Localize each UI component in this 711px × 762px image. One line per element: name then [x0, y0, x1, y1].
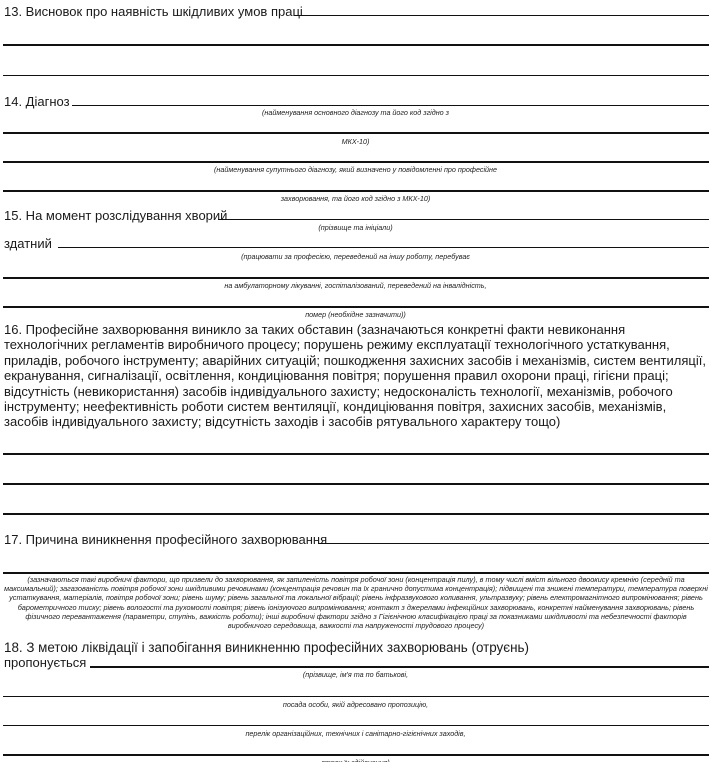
section-17-label: 17. Причина виникнення професійного захв… — [4, 532, 327, 547]
work-status-line-3[interactable] — [3, 306, 709, 308]
proposal-position-field[interactable] — [3, 696, 709, 697]
section-17-note: (зазначаються такі виробничі фактори, що… — [3, 575, 709, 630]
section-16-text: 16. Професійне захворювання виникло за т… — [4, 322, 709, 430]
proposed-label: пропонується — [4, 655, 86, 670]
diagnosis-secondary-caption: (найменування супутнього діагнозу, який … — [0, 165, 711, 174]
work-status-field[interactable] — [58, 247, 709, 248]
patient-name-caption: (прізвище та ініціали) — [0, 223, 711, 232]
proposal-deadline-caption: строк їх здійснення) — [0, 758, 711, 762]
section-13-conclusion-line-3[interactable] — [3, 75, 709, 76]
cause-field[interactable] — [318, 543, 709, 544]
proposal-person-caption: (прізвище, ім'я та по батькові, — [0, 670, 711, 679]
work-status-caption: (працювати за професією, переведений на … — [0, 252, 711, 261]
proposal-measures-caption: перелік організаційних, технічних і сані… — [0, 729, 711, 738]
section-15-label: 15. На момент розслідування хворий — [4, 208, 227, 223]
diagnosis-main-caption: (найменування основного діагнозу та його… — [0, 108, 711, 117]
section-14-label: 14. Діагноз — [4, 94, 70, 109]
work-status-line-2[interactable] — [3, 277, 709, 279]
diagnosis-secondary-caption-2: захворювання, та його код згідно з МКХ-1… — [0, 194, 711, 203]
patient-name-field[interactable] — [218, 219, 709, 220]
cause-line-2[interactable] — [3, 572, 709, 574]
circumstances-line-2[interactable] — [3, 483, 709, 485]
circumstances-line-1[interactable] — [3, 453, 709, 455]
proposal-position-caption: посада особи, якій адресовано пропозицію… — [0, 700, 711, 709]
circumstances-line-3[interactable] — [3, 513, 709, 515]
section-13-label: 13. Висновок про наявність шкідливих умо… — [4, 4, 303, 19]
proposal-deadline-field[interactable] — [3, 754, 709, 756]
diagnosis-main-field[interactable] — [72, 105, 709, 106]
section-18-label: 18. З метою ліквідації і запобігання вин… — [4, 640, 529, 656]
proposal-measures-field[interactable] — [3, 725, 709, 726]
proposal-person-field[interactable] — [90, 666, 709, 668]
able-label: здатний — [4, 236, 52, 251]
section-13-conclusion-field[interactable] — [294, 15, 709, 16]
work-status-caption-2: на амбулаторному лікуванні, госпіталізов… — [0, 281, 711, 290]
work-status-caption-3: помер (необхідне зазначити)) — [0, 310, 711, 319]
diagnosis-main-line-2[interactable] — [3, 132, 709, 134]
section-13-conclusion-line-2[interactable] — [3, 44, 709, 46]
diagnosis-main-caption-2: МКХ-10) — [0, 137, 711, 146]
diagnosis-secondary-field[interactable] — [3, 161, 709, 163]
diagnosis-secondary-line-2[interactable] — [3, 190, 709, 192]
